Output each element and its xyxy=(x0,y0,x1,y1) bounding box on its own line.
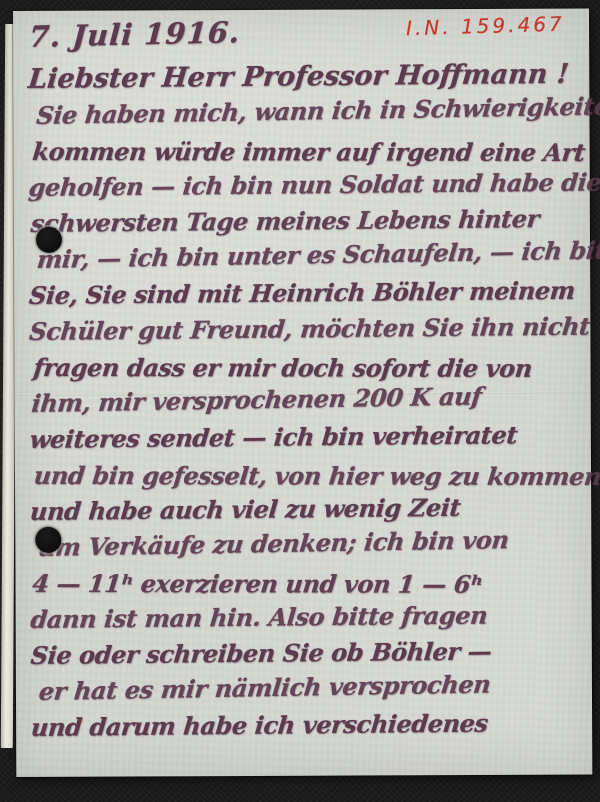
punch-hole-bottom xyxy=(35,527,61,553)
handwriting-line: mir, — ich bin unter es Schaufeln, — ich… xyxy=(35,233,587,278)
letter-body: Liebster Herr Professor Hoffmann ! Sie h… xyxy=(28,60,586,746)
scan-background: 7. Juli 1916. I.N. 159.467 Liebster Herr… xyxy=(0,0,600,802)
punch-hole-top xyxy=(36,227,62,253)
handwriting-line: und darum habe ich verschiedenes xyxy=(29,705,588,746)
handwriting-line: Schüler gut Freund, möchten Sie ihn nich… xyxy=(28,309,587,350)
handwriting-line: geholfen — ich bin nun Soldat und habe d… xyxy=(27,165,586,206)
handwriting-line: dann ist man hin. Also bitte fragen xyxy=(29,597,588,638)
handwriting-line: Sie haben mich, wann ich in Schwierigkei… xyxy=(35,89,587,134)
handwriting-line: weiteres sendet — ich bin verheiratet xyxy=(28,417,587,458)
letter-page: 7. Juli 1916. I.N. 159.467 Liebster Herr… xyxy=(13,8,592,777)
inventory-number: I.N. 159.467 xyxy=(406,12,565,41)
letter-date: 7. Juli 1916. xyxy=(28,15,241,54)
handwriting-line: Sie, Sie sind mit Heinrich Böhler meinem xyxy=(28,273,587,314)
